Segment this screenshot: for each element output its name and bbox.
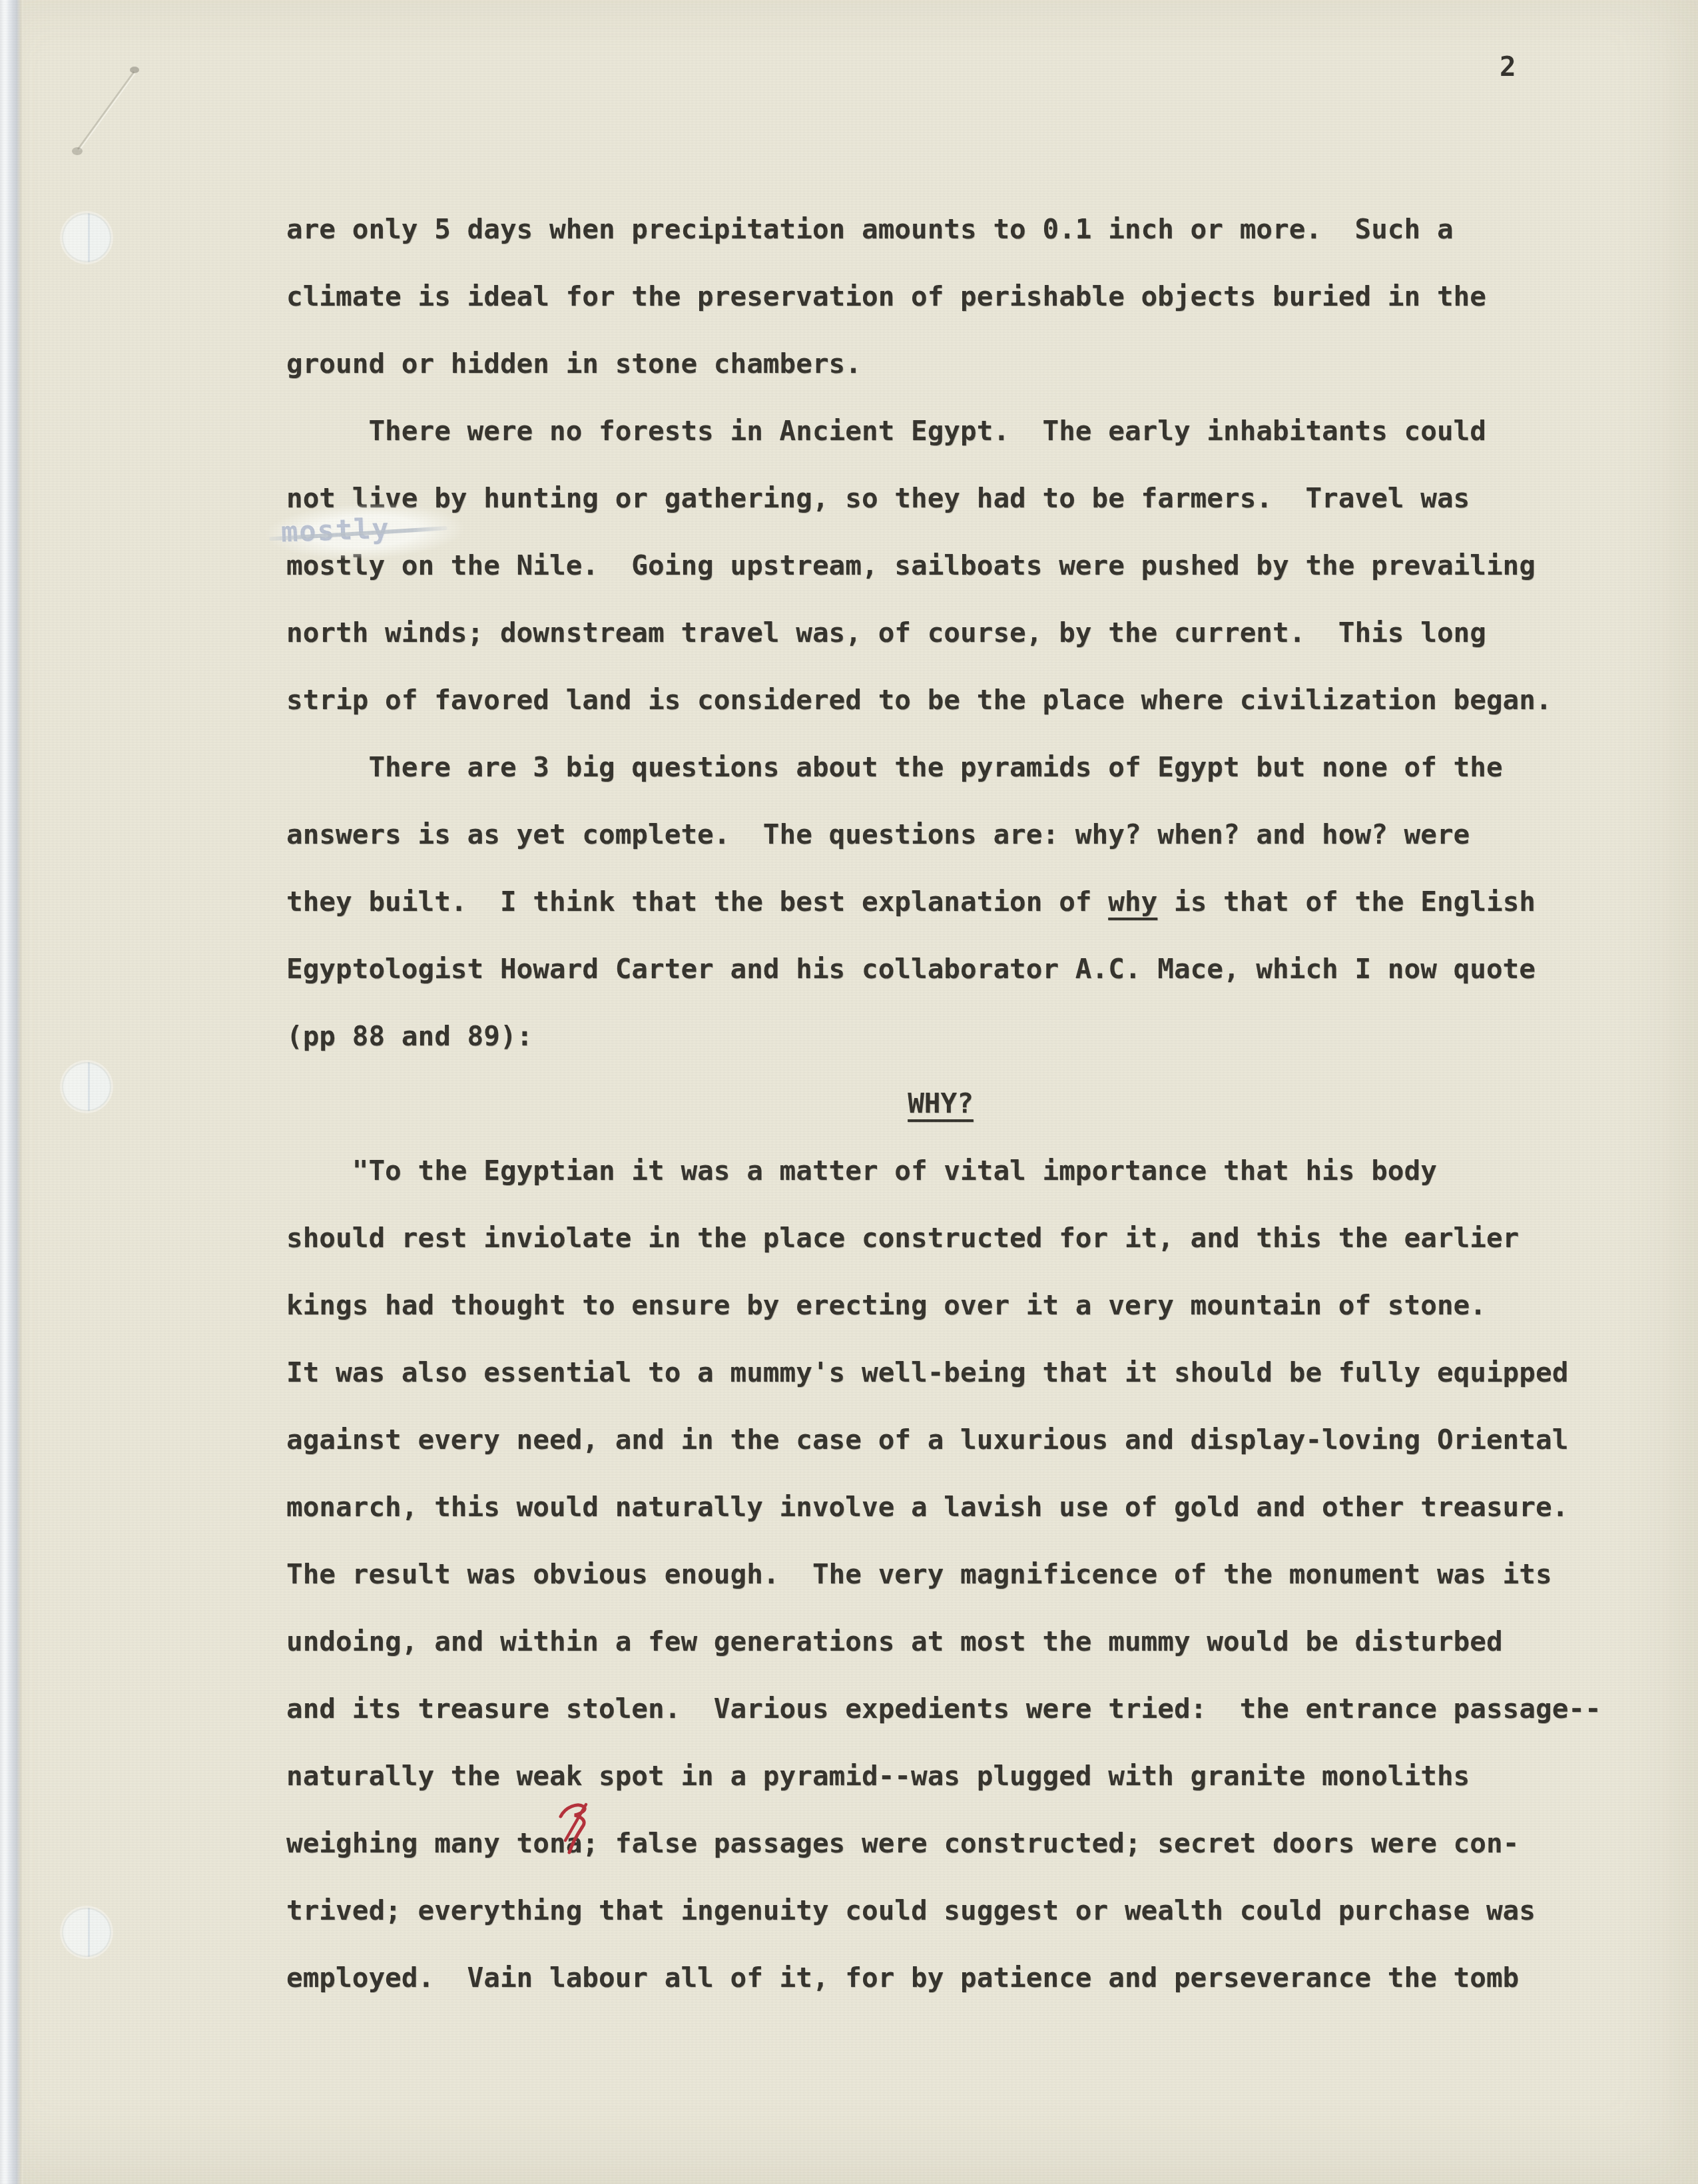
text-line: against every need, and in the case of a… [286,1406,1595,1474]
red-correction-mark [555,1796,597,1860]
text-line: monarch, this would naturally involve a … [286,1474,1595,1541]
crease-mark [63,59,150,165]
text-line: trived; everything that ingenuity could … [286,1877,1595,1944]
text-line: naturally the weak spot in a pyramid--wa… [286,1743,1595,1810]
text-line: climate is ideal for the preservation of… [286,263,1595,330]
underlined-word: why [1108,886,1157,918]
underlined-word: WHY? [908,1087,974,1119]
text-line: There were no forests in Ancient Egypt. … [286,398,1595,465]
punch-hole-middle [62,1062,111,1111]
text-line: not live by hunting or gathering, so the… [286,465,1595,532]
scan-edge [0,0,23,2184]
text-line: answers is as yet complete. The question… [286,801,1595,868]
section-heading: WHY? [286,1070,1595,1137]
text-line: There are 3 big questions about the pyra… [286,734,1595,801]
text-line: north winds; downstream travel was, of c… [286,599,1595,667]
punch-hole-top [62,213,111,262]
text-line: should rest inviolate in the place const… [286,1205,1595,1272]
text-line: ground or hidden in stone chambers. [286,330,1595,398]
text-line: (pp 88 and 89): [286,1003,1595,1070]
page-number: 2 [1500,40,1516,93]
text-line: mostly on the Nile. Going upstream, sail… [286,532,1595,599]
text-line: It was also essential to a mummy's well-… [286,1339,1595,1406]
text-line: strip of favored land is considered to b… [286,667,1595,734]
text-line: "To the Egyptian it was a matter of vita… [286,1137,1595,1205]
document-page: 2 are only 5 days when precipitation amo… [0,0,1698,2184]
text-line: are only 5 days when precipitation amoun… [286,196,1595,263]
whiteout-correction: mostly [264,500,466,563]
corrected-letter: a [566,1827,583,1859]
text-line: they built. I think that the best explan… [286,868,1595,936]
punch-hole-bottom [62,1908,111,1957]
text-line: The result was obvious enough. The very … [286,1541,1595,1608]
typed-text-block: are only 5 days when precipitation amoun… [286,196,1595,2012]
text-line: weighing many tona; false passages were … [286,1810,1595,1877]
text-line: undoing, and within a few generations at… [286,1608,1595,1675]
text-line: and its treasure stolen. Various expedie… [286,1675,1595,1743]
text-line: employed. Vain labour all of it, for by … [286,1944,1595,2012]
text-line: kings had thought to ensure by erecting … [286,1272,1595,1339]
text-line: Egyptologist Howard Carter and his colla… [286,936,1595,1003]
